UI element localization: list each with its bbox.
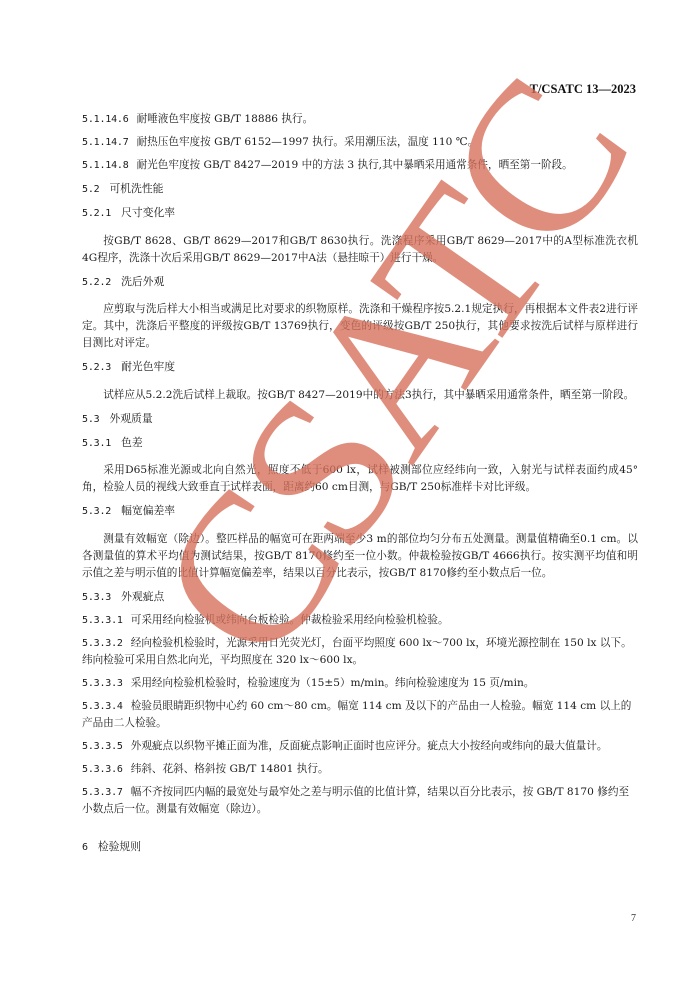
section-heading-5-3-2: 5.3.2幅宽偏差率	[82, 502, 638, 520]
clause-number: 5.3.3.2	[82, 638, 123, 649]
section-heading-5-2-1: 5.2.1尺寸变化率	[82, 204, 638, 222]
clause-5-3-3-7: 5.3.3.7幅不齐按同匹内幅的最宽处与最窄处之差与明示值的比值计算，结果以百分…	[82, 784, 638, 818]
clause-number: 5.3.3.4	[82, 701, 123, 712]
standard-code: T/CSATC 13—2023	[530, 82, 636, 97]
clause-5-1-14-8: 5.1.14.8耐光色牢度按 GB/T 8427—2019 中的方法 3 执行,…	[82, 157, 638, 174]
clause-number: 5.1.14.6	[82, 114, 129, 125]
section-title: 外观质量	[109, 412, 152, 425]
clause-5-1-14-7: 5.1.14.7耐热压色牢度按 GB/T 6152—1997 执行。采用潮压法，…	[82, 134, 638, 151]
clause-number: 5.1.14.8	[82, 160, 129, 171]
clause-text: 经向检验机检验时，光源采用日光荧光灯，台面平均照度 600 lx～700 lx，…	[82, 637, 632, 666]
section-heading-5-2-3: 5.2.3耐光色牢度	[82, 358, 638, 376]
clause-text: 可采用经向检验机或纬向台板检验。仲裁检验采用经向检验机检验。	[131, 614, 449, 626]
clause-5-3-3-4: 5.3.3.4检验员眼睛距织物中心约 60 cm～80 cm。幅宽 114 cm…	[82, 698, 638, 732]
section-heading-5-2-2: 5.2.2洗后外观	[82, 273, 638, 291]
clause-text: 外观疵点以织物平摊正面为准，反面疵点影响正面时也应评分。疵点大小按经向或纬向的最…	[131, 740, 608, 752]
page-number: 7	[631, 913, 636, 924]
section-title: 色差	[121, 436, 143, 449]
section-title: 洗后外观	[121, 275, 164, 288]
clause-number: 5.3.3.1	[82, 615, 123, 626]
section-title: 可机洗性能	[109, 182, 163, 195]
clause-text: 纬斜、花斜、格斜按 GB/T 14801 执行。	[131, 763, 329, 775]
document-page: T/CSATC 13—2023 5.1.14.6耐唾液色牢度按 GB/T 188…	[0, 0, 700, 990]
section-number: 6	[82, 842, 88, 853]
clause-text: 幅不齐按同匹内幅的最宽处与最窄处之差与明示值的比值计算，结果以百分比表示，按 G…	[82, 786, 629, 815]
clause-5-1-14-6: 5.1.14.6耐唾液色牢度按 GB/T 18886 执行。	[82, 111, 638, 128]
clause-text: 检验员眼睛距织物中心约 60 cm～80 cm。幅宽 114 cm 及以下的产品…	[82, 700, 631, 729]
section-heading-5-2: 5.2可机洗性能	[82, 180, 638, 198]
spacer	[82, 824, 638, 838]
paragraph-5-2-1: 按GB/T 8628、GB/T 8629—2017和GB/T 8630执行。洗涤…	[82, 233, 638, 267]
paragraph-5-2-3: 试样应从5.2.2洗后试样上裁取。按GB/T 8427—2019中的方法3执行，…	[82, 387, 638, 404]
section-title: 耐光色牢度	[121, 360, 175, 373]
section-number: 5.2.2	[82, 277, 111, 288]
clause-number: 5.3.3.3	[82, 678, 123, 689]
section-title: 外观疵点	[121, 590, 164, 603]
section-number: 5.3.2	[82, 506, 111, 517]
clause-5-3-3-3: 5.3.3.3采用经向检验机检验时，检验速度为（15±5）m/min。纬向检验速…	[82, 675, 638, 692]
document-body: 5.1.14.6耐唾液色牢度按 GB/T 18886 执行。 5.1.14.7耐…	[82, 111, 638, 862]
clause-5-3-3-2: 5.3.3.2经向检验机检验时，光源采用日光荧光灯，台面平均照度 600 lx～…	[82, 635, 638, 669]
clause-5-3-3-6: 5.3.3.6纬斜、花斜、格斜按 GB/T 14801 执行。	[82, 761, 638, 778]
section-number: 5.2	[82, 184, 99, 195]
clause-5-3-3-1: 5.3.3.1可采用经向检验机或纬向台板检验。仲裁检验采用经向检验机检验。	[82, 612, 638, 629]
clause-number: 5.1.14.7	[82, 137, 129, 148]
clause-number: 5.3.3.7	[82, 787, 123, 798]
clause-5-3-3-5: 5.3.3.5外观疵点以织物平摊正面为准，反面疵点影响正面时也应评分。疵点大小按…	[82, 738, 638, 755]
section-heading-5-3: 5.3外观质量	[82, 410, 638, 428]
section-number: 5.3	[82, 414, 99, 425]
clause-number: 5.3.3.5	[82, 741, 123, 752]
clause-text: 耐热压色牢度按 GB/T 6152—1997 执行。采用潮压法，温度 110 ℃…	[137, 136, 479, 148]
section-title: 检验规则	[98, 840, 141, 853]
section-heading-5-3-1: 5.3.1色差	[82, 434, 638, 452]
section-number: 5.3.3	[82, 592, 111, 603]
clause-text: 耐光色牢度按 GB/T 8427—2019 中的方法 3 执行,其中暴晒采用通常…	[137, 159, 573, 171]
section-heading-5-3-3: 5.3.3外观疵点	[82, 588, 638, 606]
paragraph-5-2-2: 应剪取与洗后样大小相当或满足比对要求的织物原样。洗涤和干燥程序按5.2.1规定执…	[82, 301, 638, 352]
section-title: 尺寸变化率	[121, 206, 175, 219]
section-heading-6: 6检验规则	[82, 838, 638, 856]
paragraph-5-3-2: 测量有效幅宽（除边）。整匹样品的幅宽可在距两端至少3 m的部位均匀分布五处测量。…	[82, 531, 638, 582]
paragraph-5-3-1: 采用D65标准光源或北向自然光，照度不低于600 lx，试样被测部位应经纬向一致…	[82, 462, 638, 496]
clause-text: 采用经向检验机检验时，检验速度为（15±5）m/min。纬向检验速度为 15 页…	[131, 677, 535, 689]
section-number: 5.3.1	[82, 438, 111, 449]
section-title: 幅宽偏差率	[121, 504, 175, 517]
clause-text: 耐唾液色牢度按 GB/T 18886 执行。	[137, 113, 314, 125]
section-number: 5.2.1	[82, 208, 111, 219]
clause-number: 5.3.3.6	[82, 764, 123, 775]
section-number: 5.2.3	[82, 362, 111, 373]
